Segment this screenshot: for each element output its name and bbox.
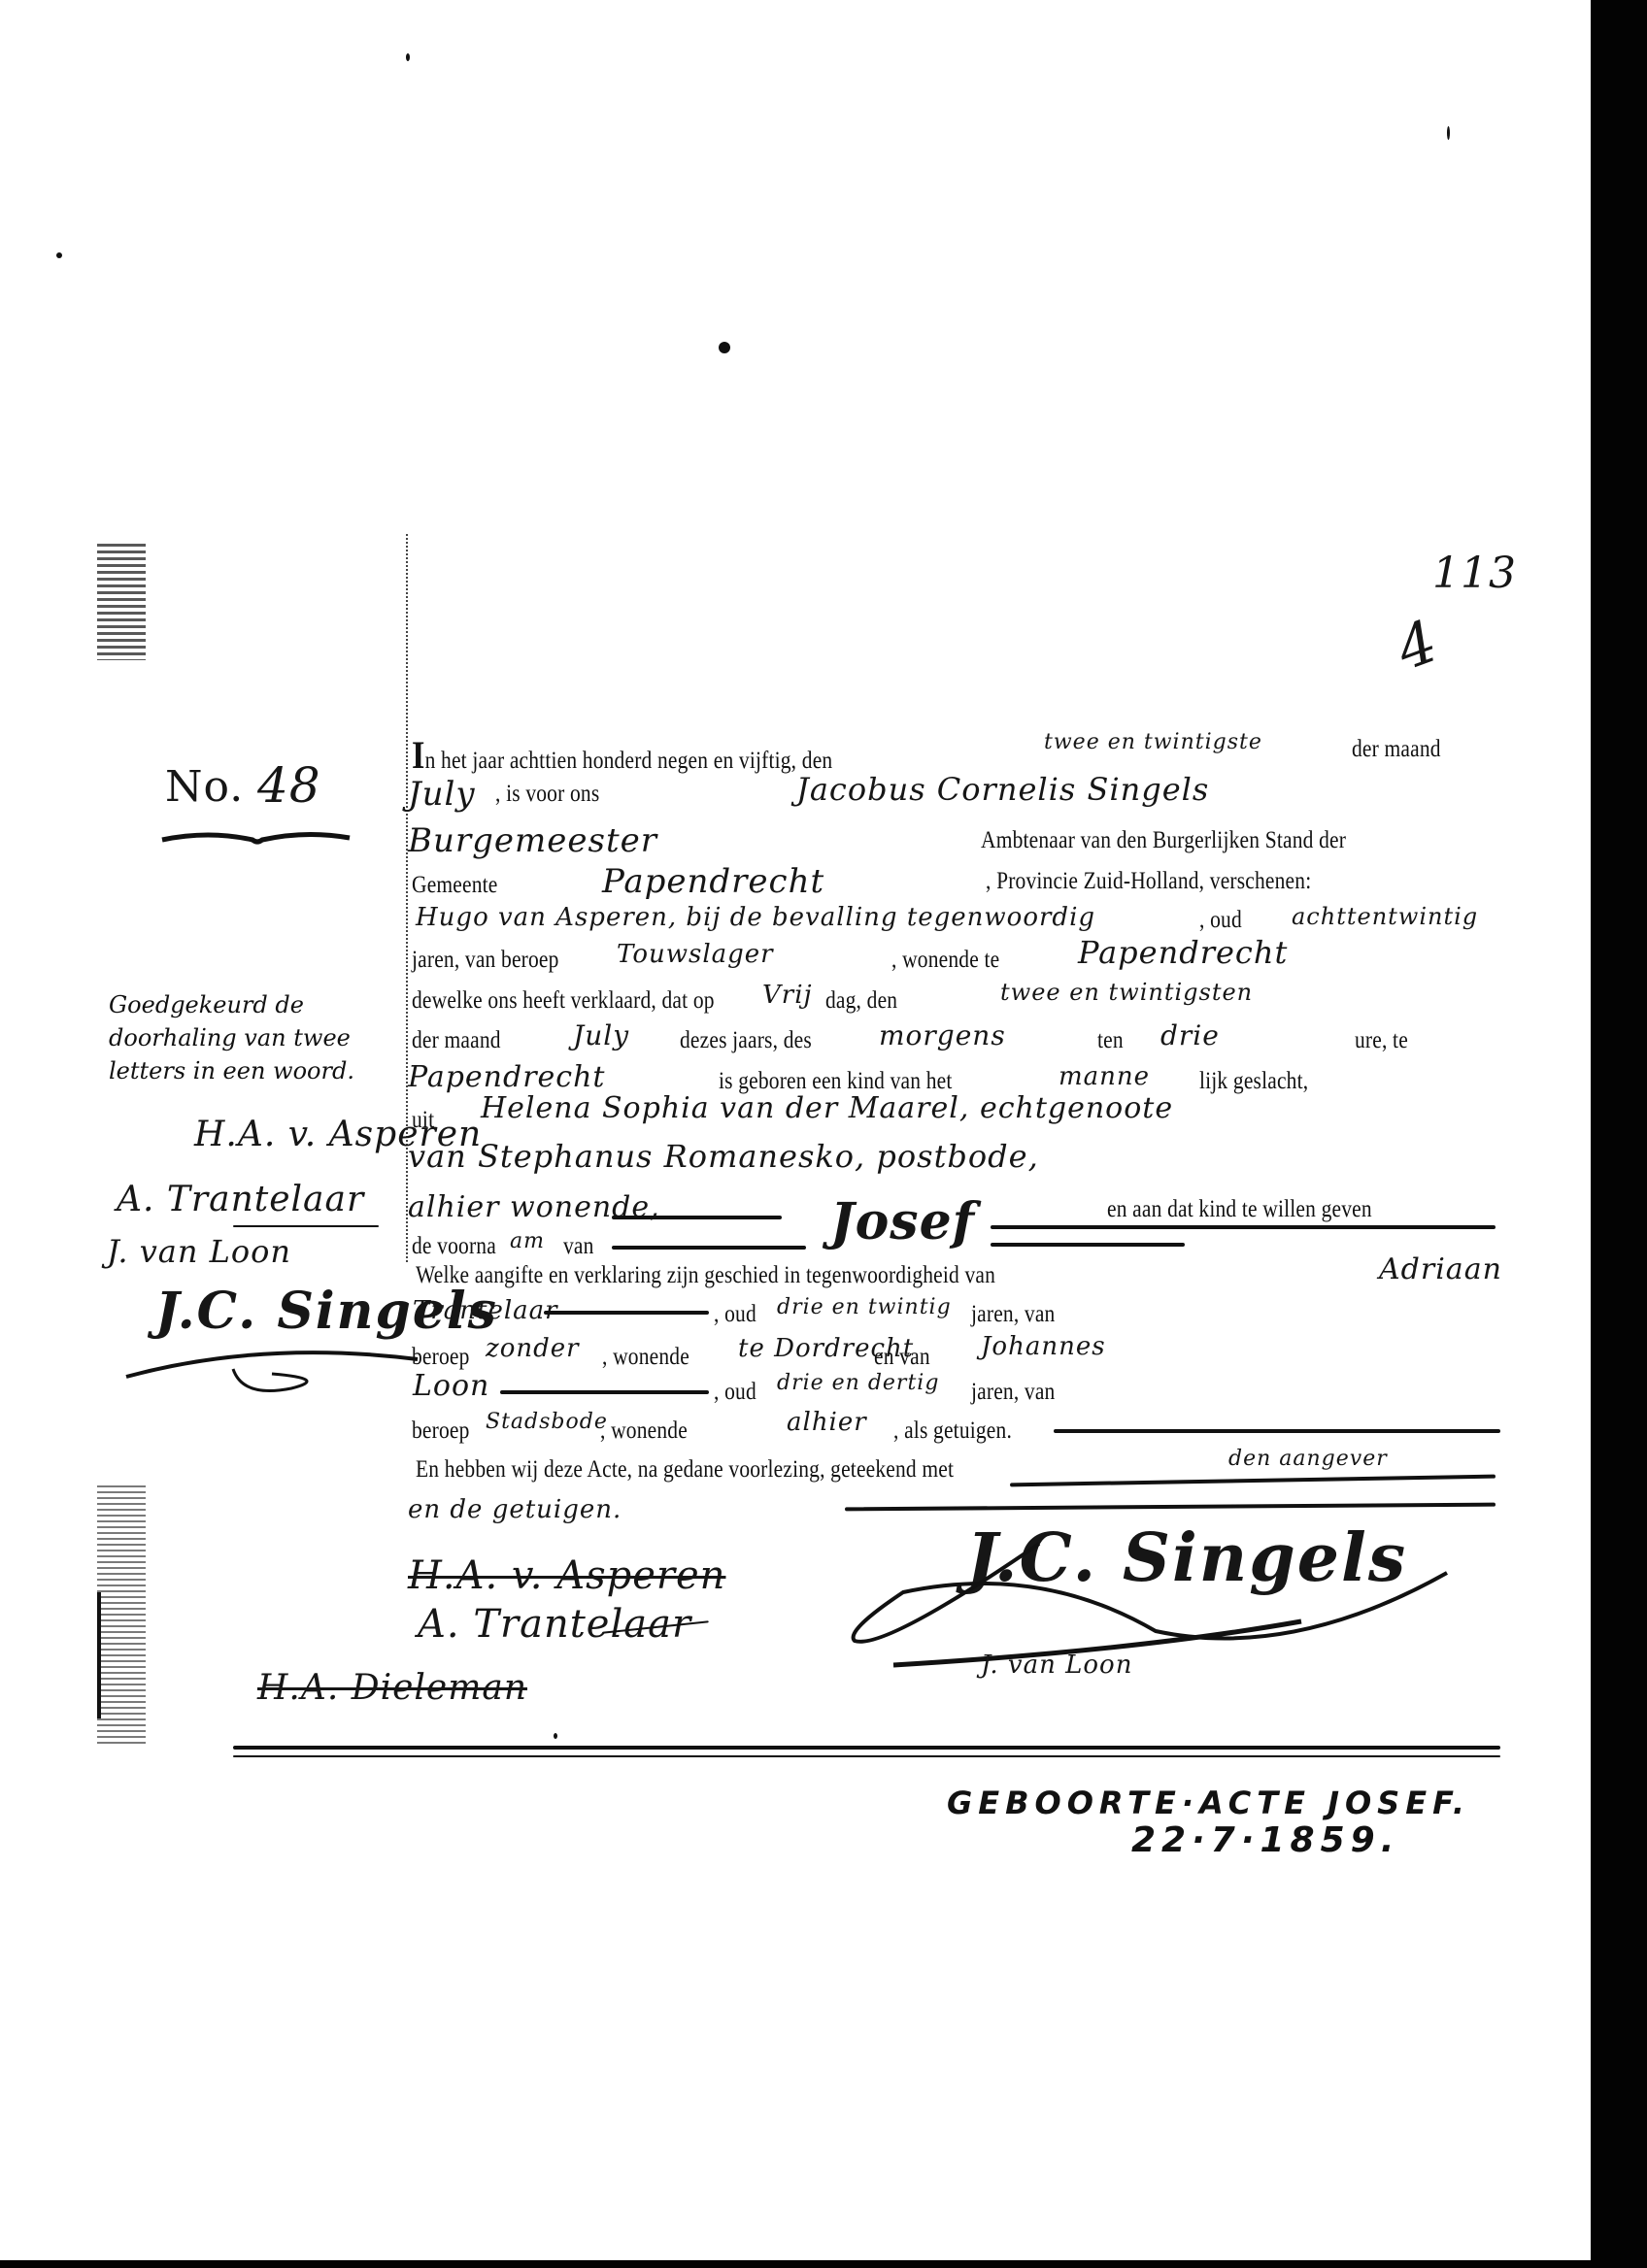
fill-day-word: twee en twintigste <box>1044 730 1262 754</box>
scan-speck <box>1447 126 1450 140</box>
fill-signed-with-1: den aangever <box>1228 1447 1388 1471</box>
form-text: jaren, van beroep <box>412 947 559 974</box>
fill-child-name: Josef <box>830 1192 975 1251</box>
form-text: van <box>563 1233 594 1260</box>
record-number: 48 <box>257 757 321 814</box>
fill-declarant: Hugo van Asperen, bij de bevalling tegen… <box>416 903 1095 932</box>
form-initial: I <box>412 733 425 777</box>
signature-declarant: H.A. v. Asperen <box>408 1553 725 1598</box>
fill-declarant-age: achttentwintig <box>1292 903 1478 930</box>
scan-speck <box>56 252 62 258</box>
form-text: der maand <box>1352 736 1441 763</box>
record-number-underline <box>160 830 354 850</box>
form-text: En hebben wij deze Acte, na gedane voorl… <box>416 1456 954 1484</box>
fill-mother-line-1: Helena Sophia van der Maarel, echtgenoot… <box>481 1091 1173 1125</box>
fill-witness1-name2: Trantelaar <box>413 1296 558 1325</box>
fill-rule <box>612 1216 782 1219</box>
signature-official-flourish <box>845 1534 1466 1670</box>
fill-witness1-occupation: zonder <box>486 1334 580 1363</box>
fill-declarant-occupation: Touwslager <box>617 940 774 969</box>
signature-other: H.A. Dieleman <box>257 1668 527 1708</box>
fill-rule <box>544 1311 709 1315</box>
margin-annotation: Goedgekeurd de doorhaling van twee lette… <box>109 988 400 1087</box>
form-text: beroep <box>412 1417 470 1445</box>
fill-rule <box>1010 1475 1496 1487</box>
form-text: , als getuigen. <box>893 1417 1012 1445</box>
margin-signature-3: J. van Loon <box>107 1233 291 1270</box>
page-number: 113 <box>1432 549 1517 598</box>
scan-speck <box>406 53 410 61</box>
form-text: de voorna <box>412 1233 496 1260</box>
form-text: , is voor ons <box>495 781 599 808</box>
form-text: beroep <box>412 1344 470 1371</box>
fill-hour: drie <box>1160 1019 1220 1051</box>
binding-shadow-top <box>97 544 146 660</box>
form-line-1: In het jaar achttien honderd negen en vi… <box>412 736 832 775</box>
form-text: , oud <box>1199 907 1242 934</box>
form-text: Welke aangifte en verklaring zijn geschi… <box>416 1262 995 1289</box>
form-text: jaren, van <box>971 1301 1055 1328</box>
scan-edge-right <box>1591 0 1647 2268</box>
form-text: Ambtenaar van den Burgerlijken Stand der <box>981 827 1346 854</box>
fill-witness2-residence: alhier <box>787 1408 867 1437</box>
form-text: en aan dat kind te willen geven <box>1107 1196 1372 1223</box>
form-text: , Provincie Zuid-Holland, verschenen: <box>986 868 1311 895</box>
form-text: lijk geslacht, <box>1199 1068 1308 1095</box>
form-text: ure, te <box>1355 1027 1408 1054</box>
fill-rule <box>991 1243 1185 1247</box>
margin-signature-flourish <box>117 1320 427 1398</box>
form-text: , wonende <box>600 1417 688 1445</box>
fill-witness1-name: Adriaan <box>1379 1252 1502 1286</box>
form-text: , oud <box>714 1379 756 1406</box>
fill-birth-month: July <box>573 1019 629 1051</box>
form-text: uit <box>412 1107 434 1134</box>
fill-birth-place: Papendrecht <box>408 1060 605 1094</box>
fill-witness2-occupation: Stadsbode <box>486 1410 608 1434</box>
fill-sex: manne <box>1059 1062 1150 1091</box>
fill-rule <box>500 1390 709 1394</box>
form-text: dewelke ons heeft verklaard, dat op <box>412 987 715 1015</box>
fill-month: July <box>408 775 476 814</box>
signature-witness2: J. van Loon <box>981 1651 1132 1680</box>
fill-witness2-name2: Loon <box>413 1369 489 1403</box>
fill-time-of-day: morgens <box>879 1019 1006 1051</box>
fill-official-title: Burgemeester <box>408 821 657 860</box>
form-text: jaren, van <box>971 1379 1055 1406</box>
scan-speck <box>719 342 730 353</box>
fill-declarant-residence: Papendrecht <box>1078 934 1288 971</box>
fill-official-name: Jacobus Cornelis Singels <box>796 771 1209 808</box>
form-text: Gemeente <box>412 872 498 899</box>
fill-witness2-age: drie en dertig <box>777 1371 939 1395</box>
closing-rule-top <box>233 1746 1500 1750</box>
form-text: dezes jaars, des <box>680 1027 812 1054</box>
form-text: ten <box>1097 1027 1124 1054</box>
fill-witness1-age: drie en twintig <box>777 1295 952 1319</box>
fill-rule <box>612 1246 806 1250</box>
closing-rule-bottom <box>233 1755 1500 1757</box>
form-text: dag, den <box>825 987 897 1015</box>
caption-date: 22·7·1859. <box>1131 1820 1399 1860</box>
record-number-label: No. <box>165 762 244 812</box>
scan-speck <box>554 1733 557 1739</box>
scan-edge-bottom <box>0 2260 1647 2268</box>
caption-title: GEBOORTE·ACTE JOSEF. <box>947 1784 1470 1821</box>
fill-signed-with-2: en de getuigen. <box>408 1495 622 1524</box>
form-text: en van <box>874 1344 930 1371</box>
fill-rule <box>845 1503 1496 1512</box>
fill-rule <box>991 1225 1496 1229</box>
fill-municipality: Papendrecht <box>602 862 824 901</box>
form-text: , wonende te <box>891 947 999 974</box>
form-text: , wonende <box>602 1344 689 1371</box>
page-mark: 4 <box>1388 607 1447 684</box>
margin-signature-2: A. Trantelaar <box>117 1180 364 1219</box>
fill-rule <box>1054 1429 1500 1433</box>
binding-shadow-bottom <box>97 1485 146 1748</box>
signature-witness1: A. Trantelaar <box>418 1602 691 1647</box>
fill-witness2-name: Johannes <box>981 1332 1106 1361</box>
form-text: , oud <box>714 1301 756 1328</box>
fill-name-suffix: am <box>510 1229 545 1253</box>
margin-rule-line <box>233 1225 379 1227</box>
form-text: n het jaar achttien honderd negen en vij… <box>425 748 833 774</box>
fill-weekday: Vrij <box>762 981 813 1010</box>
fill-mother-line-2: van Stephanus Romanesko, postbode, <box>408 1138 1039 1175</box>
form-text: der maand <box>412 1027 501 1054</box>
binding-edge-line <box>97 1592 101 1718</box>
fill-birth-date-word: twee en twintigsten <box>1000 979 1253 1006</box>
